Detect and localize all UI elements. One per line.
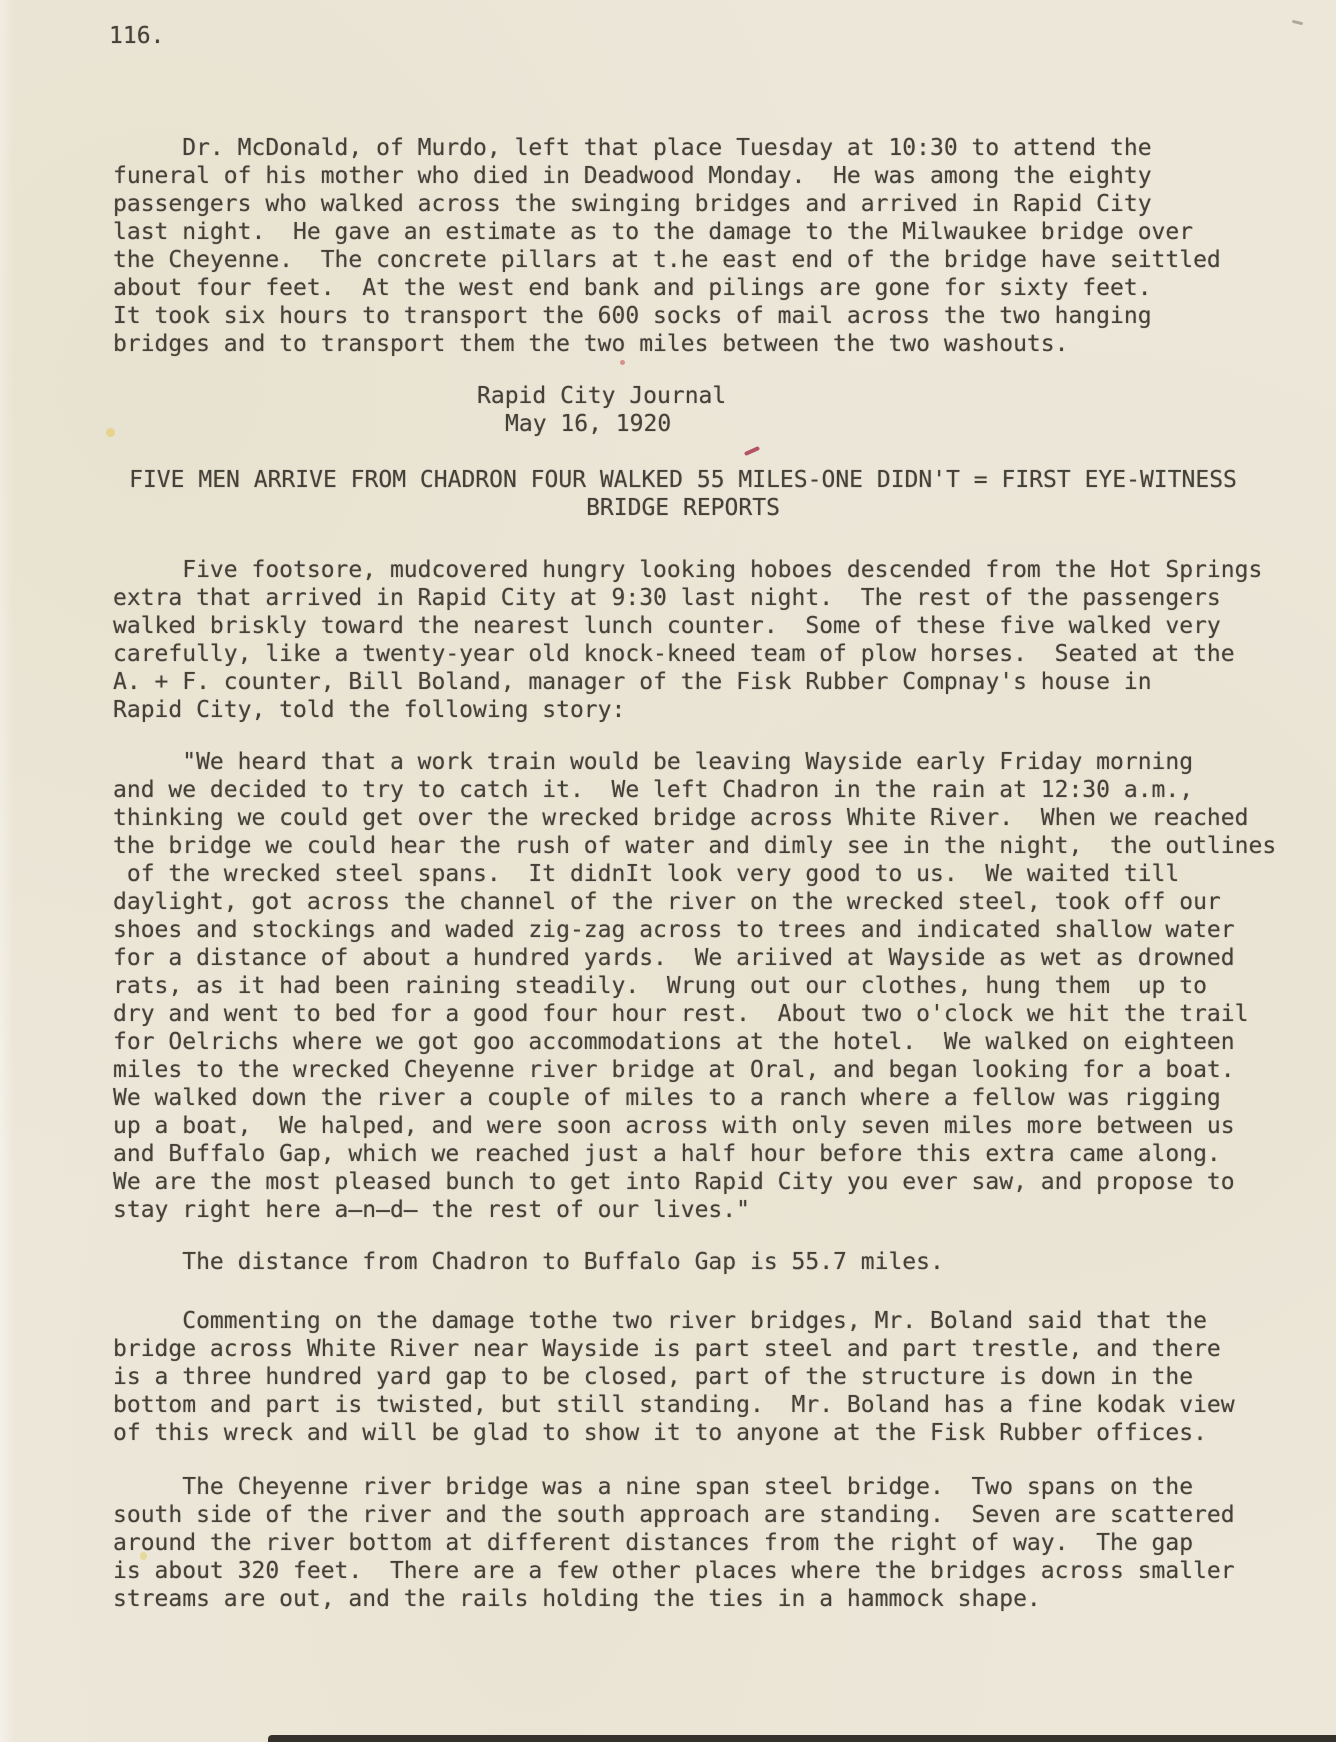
paragraph-boland-story: "We heard that a work train would be lea… bbox=[113, 748, 1336, 1224]
red-ink-speck bbox=[620, 360, 625, 365]
headline-line1: FIVE MEN ARRIVE FROM CHADRON FOUR WALKED… bbox=[113, 466, 1253, 494]
scan-edge-strip bbox=[268, 1735, 1336, 1742]
attribution-date: May 16, 1920 bbox=[505, 410, 1336, 438]
red-pencil-mark bbox=[744, 446, 760, 456]
paragraph-mcdonald-report: Dr. McDonald, of Murdo, left that place … bbox=[113, 134, 1336, 358]
attribution: Rapid City Journal May 16, 1920 bbox=[477, 382, 1336, 438]
page-number: 116. bbox=[109, 22, 1336, 50]
paragraph-hoboes-arrive: Five footsore, mudcovered hungry looking… bbox=[113, 556, 1336, 724]
paragraph-white-river-damage: Commenting on the damage tothe two river… bbox=[113, 1307, 1336, 1447]
paragraph-cheyenne-bridge: The Cheyenne river bridge was a nine spa… bbox=[113, 1473, 1336, 1613]
headline-line2: BRIDGE REPORTS bbox=[113, 494, 1253, 522]
headline: FIVE MEN ARRIVE FROM CHADRON FOUR WALKED… bbox=[113, 466, 1253, 522]
paper-stain bbox=[106, 428, 115, 437]
paragraph-distance: The distance from Chadron to Buffalo Gap… bbox=[113, 1248, 1336, 1276]
document-page: 116. Dr. McDonald, of Murdo, left that p… bbox=[0, 0, 1336, 1742]
paper-stain bbox=[140, 1552, 147, 1560]
attribution-source: Rapid City Journal bbox=[477, 382, 1336, 410]
